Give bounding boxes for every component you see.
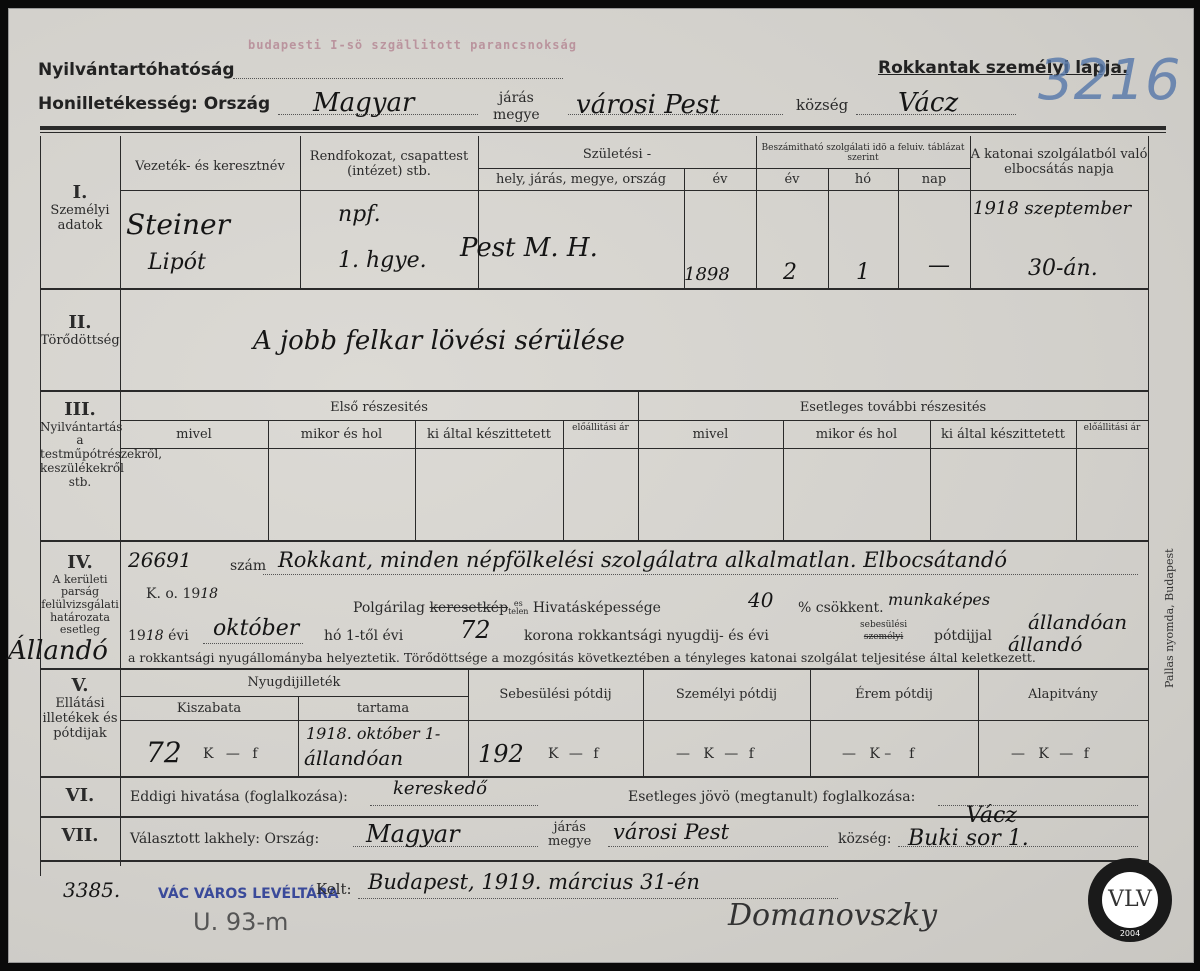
from-label: hó 1-től évi xyxy=(324,628,403,644)
year-line: 1918 évi xyxy=(128,628,189,644)
discharge-date-1: 1918 szeptember xyxy=(973,198,1131,219)
country-value: Magyar xyxy=(313,88,414,118)
col-duration: tartama xyxy=(298,702,468,717)
residence-municipality: Vácz xyxy=(966,803,1017,828)
injury-value: A jobb felkar lövési sérülése xyxy=(253,326,625,356)
unit-value: 1. hgye. xyxy=(338,248,427,273)
section-3-label: III. Nyilvántartás a testműpótrészekről,… xyxy=(40,400,120,490)
col-mivel-2: mivel xyxy=(638,428,783,443)
col-ki-2: ki által készittetett xyxy=(930,428,1076,443)
col-wound: Sebesülési pótdij xyxy=(468,688,643,703)
header-birth-place: hely, járás, megye, ország xyxy=(478,173,684,188)
signature: Domanovszky xyxy=(728,898,937,933)
service-day-value: — xyxy=(928,253,950,278)
section-7-label: VII. xyxy=(40,826,120,847)
col-mikor-1: mikor és hol xyxy=(268,428,415,443)
discharge-date-2: 30-án. xyxy=(1028,256,1098,281)
percent-suffix: % csökkent. xyxy=(798,600,884,616)
district-value: városi Pest xyxy=(576,90,720,120)
header-rank: Rendfokozat, csapattest (intézet) stb. xyxy=(300,150,478,180)
supplement-type: sebesülési személyi xyxy=(860,620,907,643)
section-2-label: II. Törődöttség xyxy=(40,313,120,349)
work-capable: munkaképes xyxy=(888,590,990,609)
birth-year-value: 1898 xyxy=(684,264,730,285)
col-amount: Kiszabata xyxy=(120,702,298,717)
previous-occupation-label: Eddigi hivatása (foglalkozása): xyxy=(130,789,348,805)
reference-number: 3385. xyxy=(63,878,120,902)
col-mikor-2: mikor és hol xyxy=(783,428,930,443)
archive-stamp: VÁC VÁROS LEVÉLTÁRA xyxy=(158,886,339,902)
col-medal: Érem pótdij xyxy=(810,688,978,703)
section-6-label: VI. xyxy=(40,786,120,807)
pencil-reference: U. 93-m xyxy=(193,908,288,936)
col-foundation: Alapitvány xyxy=(978,688,1148,703)
section-1-label: I. Személyi adatok xyxy=(40,183,120,234)
duration-2: állandóan xyxy=(304,746,403,770)
col-ar-1: előállitási ár xyxy=(563,423,638,433)
residence-country: Magyar xyxy=(366,820,460,848)
margin-note: Állandó xyxy=(8,636,108,666)
service-year-value: 2 xyxy=(783,260,797,285)
printer-imprint: Pallas nyomda, Budapest xyxy=(1163,548,1176,688)
further-provision-header: Esetleges további részesités xyxy=(638,401,1148,416)
col-ar-2: előállitási ár xyxy=(1076,423,1148,433)
col-ki-1: ki által készittetett xyxy=(415,428,563,443)
municipality-label: község xyxy=(796,96,848,114)
archive-logo-year: 2004 xyxy=(1088,929,1172,938)
header-name: Vezeték- és keresztnév xyxy=(120,160,300,175)
residence-municipality-label: község: xyxy=(838,831,891,847)
archive-logo: VLV 2004 xyxy=(1088,858,1172,942)
wound-value: 192 xyxy=(478,740,524,768)
month-value: október xyxy=(213,616,299,641)
rank-value: npf. xyxy=(338,202,381,227)
first-provision-header: Első részesités xyxy=(120,401,638,416)
number-label: szám xyxy=(230,558,266,574)
amount-value: 72 xyxy=(146,736,182,769)
service-month-value: 1 xyxy=(856,260,870,285)
domicile-label: Honilletékesség: Ország xyxy=(38,94,270,114)
municipality-value: Vácz xyxy=(898,88,958,118)
kelt-value: Budapest, 1919. március 31-én xyxy=(368,870,700,894)
header-discharge: A katonai szolgálatból való elbocsátás n… xyxy=(970,148,1148,178)
amount-value: 72 xyxy=(460,616,491,644)
permanent-1: állandóan xyxy=(1028,610,1127,634)
pension-group-header: Nyugdijilleték xyxy=(120,676,468,691)
ko-label: K. o. 1918 xyxy=(146,586,218,602)
header-rule xyxy=(40,126,1166,130)
archive-number: 3216 xyxy=(1038,48,1181,113)
header-birth-year: év xyxy=(684,173,756,188)
residence-district: városi Pest xyxy=(613,820,729,844)
authority-line xyxy=(233,78,563,79)
header-service: Beszámitható szolgálati idö a feluiv. tá… xyxy=(756,143,970,164)
header-service-year: év xyxy=(756,173,828,188)
future-occupation-label: Esetleges jövö (megtanult) foglalkozása: xyxy=(628,789,915,805)
header-rule-thin xyxy=(40,132,1166,133)
document-page: budapesti I-sö szgällitott parancsnokság… xyxy=(8,8,1194,963)
header-service-day: nap xyxy=(898,173,970,188)
decision-number: 26691 xyxy=(128,548,192,572)
percent-value: 40 xyxy=(748,588,773,612)
residence-address: Buki sor 1. xyxy=(908,826,1029,851)
pension-label: korona rokkantsági nyugdij- és évi xyxy=(524,628,769,644)
decision-text: Rokkant, minden népfölkelési szolgálatra… xyxy=(278,548,1007,572)
civil-label: Polgárilag keresetképestelen Hivatásképe… xyxy=(353,600,661,616)
command-stamp: budapesti I-sö szgällitott parancsnokság xyxy=(248,38,577,52)
header-service-month: hó xyxy=(828,173,898,188)
kelt-label: Kelt: xyxy=(316,880,352,898)
section-5-label: V. Ellátási illetékek és pótdijak xyxy=(40,676,120,742)
archive-logo-mark: VLV xyxy=(1102,872,1158,928)
supplement-label: pótdijjal xyxy=(934,628,992,644)
district-label: járás megye xyxy=(493,90,540,124)
header-birth: Születési - xyxy=(478,148,756,163)
previous-occupation-value: kereskedő xyxy=(393,778,487,799)
surname-value: Steiner xyxy=(126,208,230,241)
col-personal: Személyi pótdij xyxy=(643,688,810,703)
residence-label: Választott lakhely: Ország: xyxy=(130,831,319,847)
placement-text: a rokkantsági nyugállományba helyeztetik… xyxy=(128,650,1036,665)
given-name-value: Lipót xyxy=(148,250,206,275)
birth-place-value: Pest M. H. xyxy=(460,233,598,263)
section-4-label: IV. A kerületi parság felülvizsgálati ha… xyxy=(40,553,120,637)
col-mivel-1: mivel xyxy=(120,428,268,443)
residence-district-label: járás megye xyxy=(548,821,591,850)
authority-label: Nyilvántartóhatóság xyxy=(38,60,235,80)
duration-1: 1918. október 1- xyxy=(306,724,440,743)
